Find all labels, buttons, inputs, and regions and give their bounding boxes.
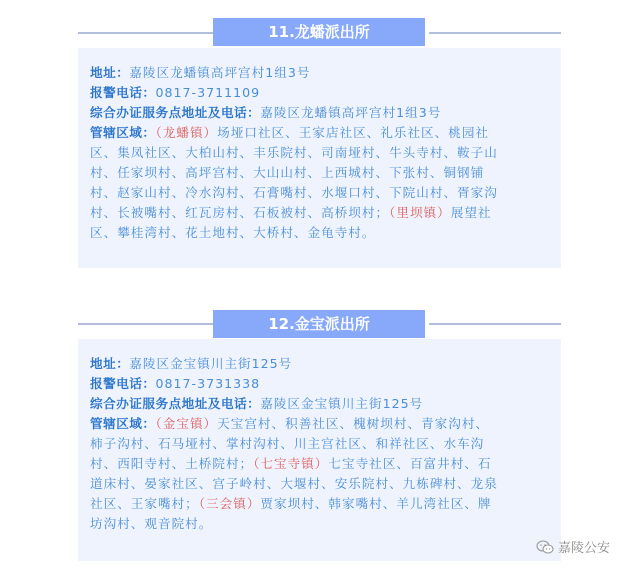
area-line: 社区、王家嘴村；（三会镇）贾家坝村、韩家嘴村、羊儿湾社区、牌 [90, 494, 551, 514]
area-line: 道床村、晏家社区、宫子岭村、大堰村、安乐院村、九栋碑村、龙泉 [90, 474, 551, 494]
section-title: 11.龙蟠派出所 [213, 18, 425, 46]
address-value: 嘉陵区金宝镇川主街125号 [129, 356, 292, 371]
address-row: 地址：嘉陵区金宝镇川主街125号 [90, 354, 551, 374]
divider-line [78, 32, 213, 34]
area-line: 柿子沟村、石马垭村、掌村沟村、川主宫社区、和祥社区、水车沟 [90, 434, 551, 454]
divider-line [429, 323, 561, 325]
area-text: 道床村、晏家社区、宫子岭村、大堰村、安乐院村、九栋碑村、龙泉 [90, 476, 498, 491]
area-label: 管辖区域： [90, 125, 155, 140]
town-name: （三会镇） [199, 496, 261, 511]
area-line: 区、攀桂湾村、花土地村、大桥村、金龟寺村。 [90, 223, 551, 243]
divider-line [429, 32, 561, 34]
area-text: 展望社 [451, 205, 492, 220]
area-text: 村、赵家山村、冷水沟村、石膏嘴村、水堰口村、下院山村、胥家沟 [90, 185, 498, 200]
area-line: 村、任家坝村、高坪宫村、大山山村、上西城村、下张村、铜钢铺 [90, 163, 551, 183]
jurisdiction-area: 管辖区域：（金宝镇）天宝宫村、积善社区、槐树坝村、青家沟村、柿子沟村、石马垭村、… [90, 414, 551, 534]
town-name: （七宝寺镇） [253, 456, 328, 471]
police-station-card: 地址：嘉陵区金宝镇川主街125号 报警电话：0817-3731338 综合办证服… [78, 339, 561, 561]
town-name: （龙蟠镇） [155, 125, 217, 140]
town-name: （里坝镇） [389, 205, 451, 220]
phone-row: 报警电话：0817-3711109 [90, 83, 551, 103]
area-line: 村、长被嘴村、红瓦房村、石板被村、高桥坝村；（里坝镇）展望社 [90, 203, 551, 223]
service-value: 嘉陵区金宝镇川主街125号 [260, 396, 423, 411]
town-name: （金宝镇） [155, 416, 217, 431]
police-station-card: 地址：嘉陵区龙蟠镇高坪宫村1组3号 报警电话：0817-3711109 综合办证… [78, 48, 561, 268]
area-text: 贾家坝村、韩家嘴村、羊儿湾社区、牌 [260, 496, 491, 511]
divider-line [78, 323, 213, 325]
account-name: 嘉陵公安 [558, 537, 610, 556]
area-text: 村、任家坝村、高坪宫村、大山山村、上西城村、下张村、铜钢铺 [90, 165, 484, 180]
jurisdiction-area: 管辖区域：（龙蟠镇）场垭口社区、王家店社区、礼乐社区、桃园社区、集凤社区、大柏山… [90, 123, 551, 243]
area-line: 管辖区域：（金宝镇）天宝宫村、积善社区、槐树坝村、青家沟村、 [90, 414, 551, 434]
area-line: 村、赵家山村、冷水沟村、石膏嘴村、水堰口村、下院山村、胥家沟 [90, 183, 551, 203]
service-value: 嘉陵区龙蟠镇高坪宫村1组3号 [260, 105, 441, 120]
area-line: 区、集凤社区、大柏山村、丰乐院村、司南垭村、牛头寺村、鞍子山 [90, 143, 551, 163]
area-line: 管辖区域：（龙蟠镇）场垭口社区、王家店社区、礼乐社区、桃园社 [90, 123, 551, 143]
address-row: 地址：嘉陵区龙蟠镇高坪宫村1组3号 [90, 63, 551, 83]
area-text: 区、集凤社区、大柏山村、丰乐院村、司南垭村、牛头寺村、鞍子山 [90, 145, 498, 160]
area-text: 天宝宫村、积善社区、槐树坝村、青家沟村、 [217, 416, 489, 431]
phone-row: 报警电话：0817-3731338 [90, 374, 551, 394]
area-text: 坊沟村、观音院村。 [90, 516, 212, 531]
service-row: 综合办证服务点地址及电话：嘉陵区龙蟠镇高坪宫村1组3号 [90, 103, 551, 123]
phone-value: 0817-3711109 [155, 85, 260, 100]
area-text: 七宝寺社区、百富井村、石 [328, 456, 491, 471]
area-text: 柿子沟村、石马垭村、掌村沟村、川主宫社区、和祥社区、水车沟 [90, 436, 484, 451]
area-text: 社区、王家嘴村； [90, 496, 199, 511]
area-text: 区、攀桂湾村、花土地村、大桥村、金龟寺村。 [90, 225, 375, 240]
wechat-icon [536, 540, 554, 554]
section-title: 12.金宝派出所 [213, 310, 425, 338]
account-watermark: 嘉陵公安 [536, 537, 610, 556]
address-value: 嘉陵区龙蟠镇高坪宫村1组3号 [129, 65, 310, 80]
area-text: 场垭口社区、王家店社区、礼乐社区、桃园社 [217, 125, 489, 140]
area-text: 村、西阳寺村、土桥院村； [90, 456, 253, 471]
area-line: 坊沟村、观音院村。 [90, 514, 551, 534]
area-text: 村、长被嘴村、红瓦房村、石板被村、高桥坝村； [90, 205, 389, 220]
area-label: 管辖区域： [90, 416, 155, 431]
service-row: 综合办证服务点地址及电话：嘉陵区金宝镇川主街125号 [90, 394, 551, 414]
area-line: 村、西阳寺村、土桥院村；（七宝寺镇）七宝寺社区、百富井村、石 [90, 454, 551, 474]
phone-value: 0817-3731338 [155, 376, 260, 391]
